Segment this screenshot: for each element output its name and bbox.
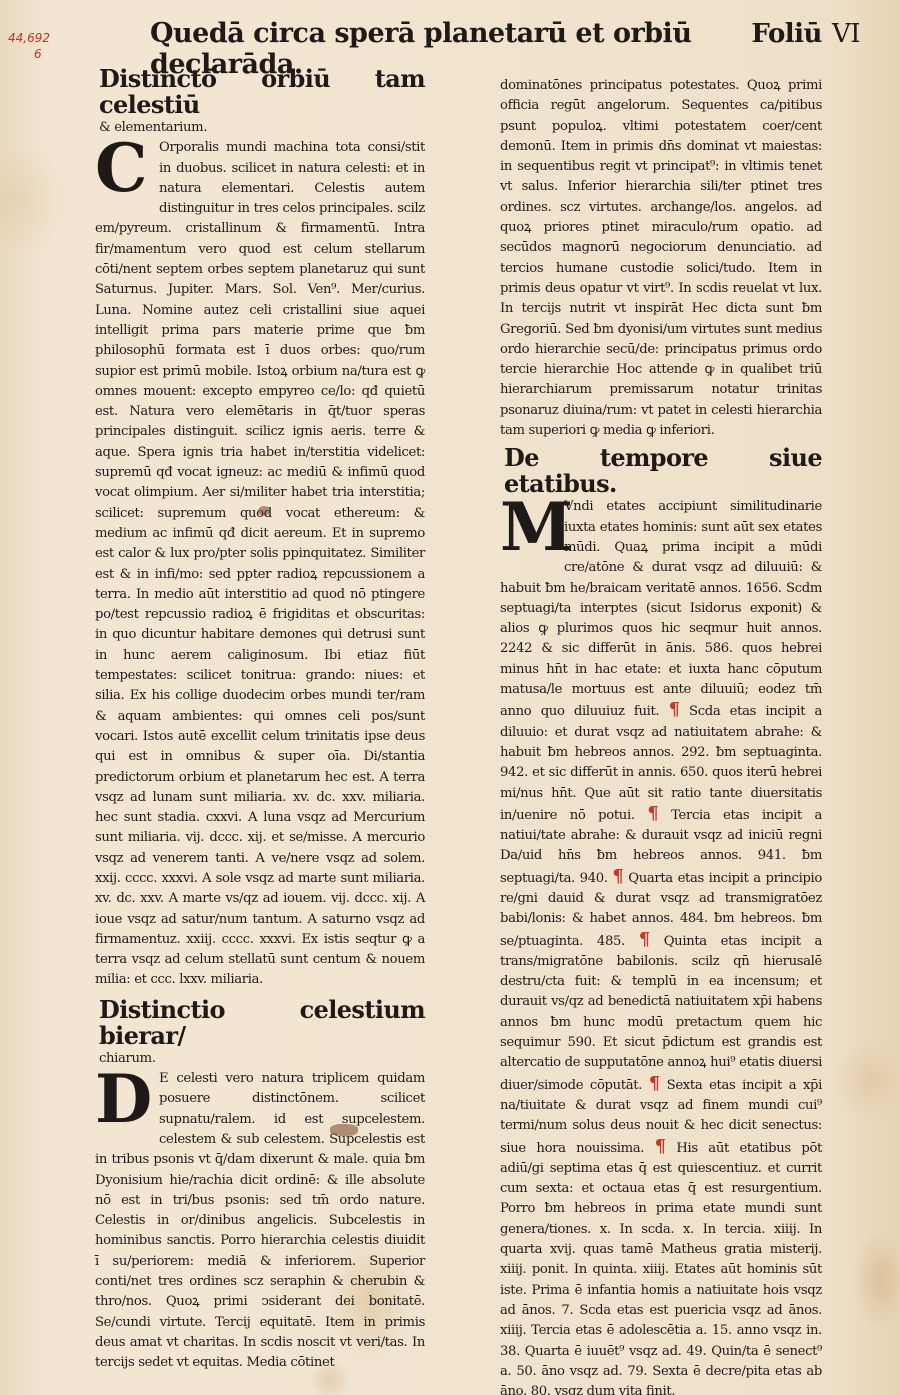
section-heading-hierarchiarum: Distinctio celestium bierar/	[95, 997, 425, 1049]
paragraph-hierarchiarum: DE celesti vero natura triplicem quidam …	[95, 1069, 425, 1373]
paragraph-text: Quinta etas incipit a trans/migratōne ba…	[500, 934, 822, 1093]
folio-number: VI	[832, 19, 860, 49]
rubric-pilcrow-icon: ¶	[639, 929, 650, 950]
paragraph-text: His aūt etatibus pōt adiū/gi septima eta…	[500, 1141, 822, 1395]
rubric-pilcrow-icon: ¶	[655, 1136, 666, 1157]
manuscript-page: 44,692 6 Quedā circa sperā planetarū et …	[0, 0, 900, 1395]
paragraph-orbium: COrporalis mundi machina tota consi/stit…	[95, 138, 425, 990]
margin-annotation: 44,692 6	[8, 30, 50, 62]
paragraph-continuation: dominatōnes principatus potestates. Quoꝝ…	[500, 76, 822, 441]
margin-note-line1: 44,692	[8, 31, 50, 45]
folio: FoliūVI	[751, 19, 860, 49]
left-column: Distinctō orbiū tam celestiū & elementar…	[95, 66, 425, 1374]
ink-blot	[258, 506, 270, 516]
paragraph-etatibus: M Vndi etates accipiunt similitudinarie …	[500, 497, 822, 1395]
decorated-initial-d: D	[95, 1071, 153, 1131]
rubric-pilcrow-icon: ¶	[647, 803, 658, 824]
section-heading-etatibus: De tempore siue etatibus.	[500, 445, 822, 497]
folio-label: Foliū	[751, 19, 822, 49]
section-heading-orbium: Distinctō orbiū tam celestiū	[95, 66, 425, 118]
decorated-initial-c: C	[95, 140, 153, 200]
rubric-pilcrow-icon: ¶	[612, 866, 623, 887]
rubric-pilcrow-icon: ¶	[669, 699, 680, 720]
right-column: dominatōnes principatus potestates. Quoꝝ…	[500, 76, 822, 1395]
paragraph-text: Orporalis mundi machina tota consi/stit …	[95, 140, 425, 987]
rubric-pilcrow-icon: ¶	[649, 1073, 660, 1094]
ink-blot	[330, 1124, 358, 1136]
section-subheading-hierarchiarum: chiarum.	[95, 1049, 425, 1069]
section-subheading-orbium: & elementarium.	[95, 118, 425, 138]
paragraph-text: Scda etas incipit a diluuio: et durat vs…	[500, 704, 822, 822]
margin-note-line2: 6	[8, 46, 50, 62]
decorated-initial-m: M	[500, 499, 558, 559]
